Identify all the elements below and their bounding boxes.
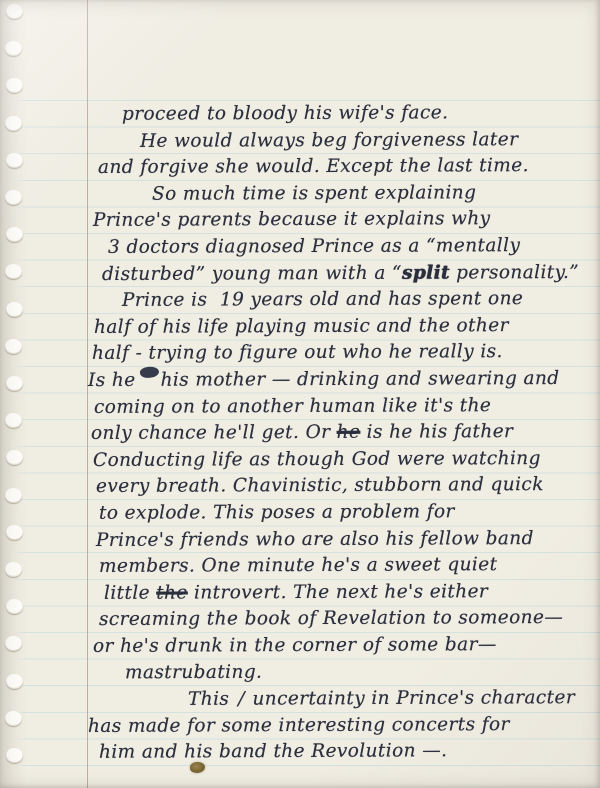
manuscript-line: half - trying to figure out who he reall… [92, 340, 503, 366]
manuscript-segment: the [156, 582, 188, 603]
manuscript-line: has made for some interesting concerts f… [88, 713, 510, 739]
manuscript-segment: half of his life playing music and the o… [94, 315, 509, 338]
manuscript-segment: Conducting life as though God were watch… [93, 448, 541, 471]
manuscript-segment: / [235, 688, 247, 712]
manuscript-line: mastrubating. [125, 660, 262, 685]
manuscript-line: half of his life playing music and the o… [94, 314, 509, 340]
manuscript-segment: and forgive she would. Except the last t… [98, 155, 529, 178]
manuscript-segment: disturbed” young man with a “ [102, 262, 402, 284]
manuscript-segment: him and his band the Revolution —. [99, 741, 447, 764]
manuscript-segment: personality.” [450, 262, 579, 284]
manuscript-segment: Prince is 19 years old and has spent one [122, 288, 523, 311]
manuscript-line: and forgive she would. Except the last t… [98, 154, 529, 180]
manuscript-segment: little [104, 582, 156, 603]
manuscript-segment: He would always beg forgiveness later [140, 129, 518, 152]
manuscript-line: coming on to another human like it's the [94, 394, 491, 420]
manuscript-line: Conducting life as though God were watch… [93, 447, 541, 473]
handwritten-text-block: proceed to bloody his wife's face.He wou… [0, 0, 600, 788]
manuscript-line: to explode. This poses a problem for [99, 500, 455, 526]
manuscript-line: He would always beg forgiveness later [140, 128, 518, 154]
manuscript-segment: 3 doctors diagnosed Prince as a “mentall… [108, 235, 520, 258]
manuscript-segment: Prince's parents because it explains why [93, 209, 491, 232]
manuscript-segment: proceed to bloody his wife's face. [122, 102, 448, 124]
manuscript-segment: Is he [88, 370, 136, 391]
notebook-page: proceed to bloody his wife's face.He wou… [0, 0, 600, 788]
manuscript-segment: his mother — drinking and swearing and [161, 368, 560, 391]
manuscript-line: or he's drunk in the corner of some bar— [93, 633, 497, 659]
ink-scribble-mark [139, 366, 159, 379]
manuscript-line: Prince is 19 years old and has spent one [122, 287, 523, 313]
manuscript-line: This / uncertainty in Prince's character [188, 686, 575, 712]
manuscript-line: So much time is spent explaining [152, 181, 476, 206]
manuscript-line: only chance he'll get. Or he is he his f… [91, 420, 513, 446]
manuscript-segment: half - trying to figure out who he reall… [92, 341, 503, 364]
manuscript-segment: So much time is spent explaining [152, 182, 476, 204]
manuscript-line: Prince's friends who are also his fellow… [96, 527, 534, 553]
manuscript-segment: only chance he'll get. Or [91, 422, 337, 444]
manuscript-line: proceed to bloody his wife's face. [122, 101, 448, 126]
manuscript-segment: mastrubating. [125, 661, 262, 683]
manuscript-segment: to explode. This poses a problem for [99, 501, 455, 524]
manuscript-segment: has made for some interesting concerts f… [88, 714, 510, 737]
manuscript-segment: This [188, 689, 236, 710]
manuscript-segment: split [402, 262, 450, 283]
manuscript-line: little the introvert. The next he's eith… [104, 580, 488, 606]
manuscript-line: him and his band the Revolution —. [99, 740, 447, 766]
manuscript-segment: coming on to another human like it's the [94, 395, 491, 418]
manuscript-line: 3 doctors diagnosed Prince as a “mentall… [108, 234, 520, 260]
manuscript-line: Prince's parents because it explains why [93, 208, 491, 234]
manuscript-segment: members. One minute he's a sweet quiet [99, 554, 498, 577]
manuscript-segment: Prince's friends who are also his fellow… [96, 528, 534, 551]
manuscript-segment: he [337, 422, 361, 443]
manuscript-line: every breath. Chavinistic, stubborn and … [96, 473, 544, 499]
manuscript-line: members. One minute he's a sweet quiet [99, 553, 498, 579]
manuscript-line: Is hehis mother — drinking and swearing … [88, 367, 560, 393]
manuscript-segment: screaming the book of Revelation to some… [99, 607, 563, 630]
manuscript-segment: is he his father [360, 421, 513, 443]
manuscript-segment: uncertainty in Prince's character [246, 687, 575, 709]
manuscript-line: disturbed” young man with a “split perso… [102, 261, 579, 287]
manuscript-segment: or he's drunk in the corner of some bar— [93, 634, 497, 657]
manuscript-segment: introvert. The next he's either [188, 581, 488, 603]
manuscript-line: screaming the book of Revelation to some… [99, 606, 563, 632]
manuscript-segment: every breath. Chavinistic, stubborn and … [96, 474, 544, 497]
